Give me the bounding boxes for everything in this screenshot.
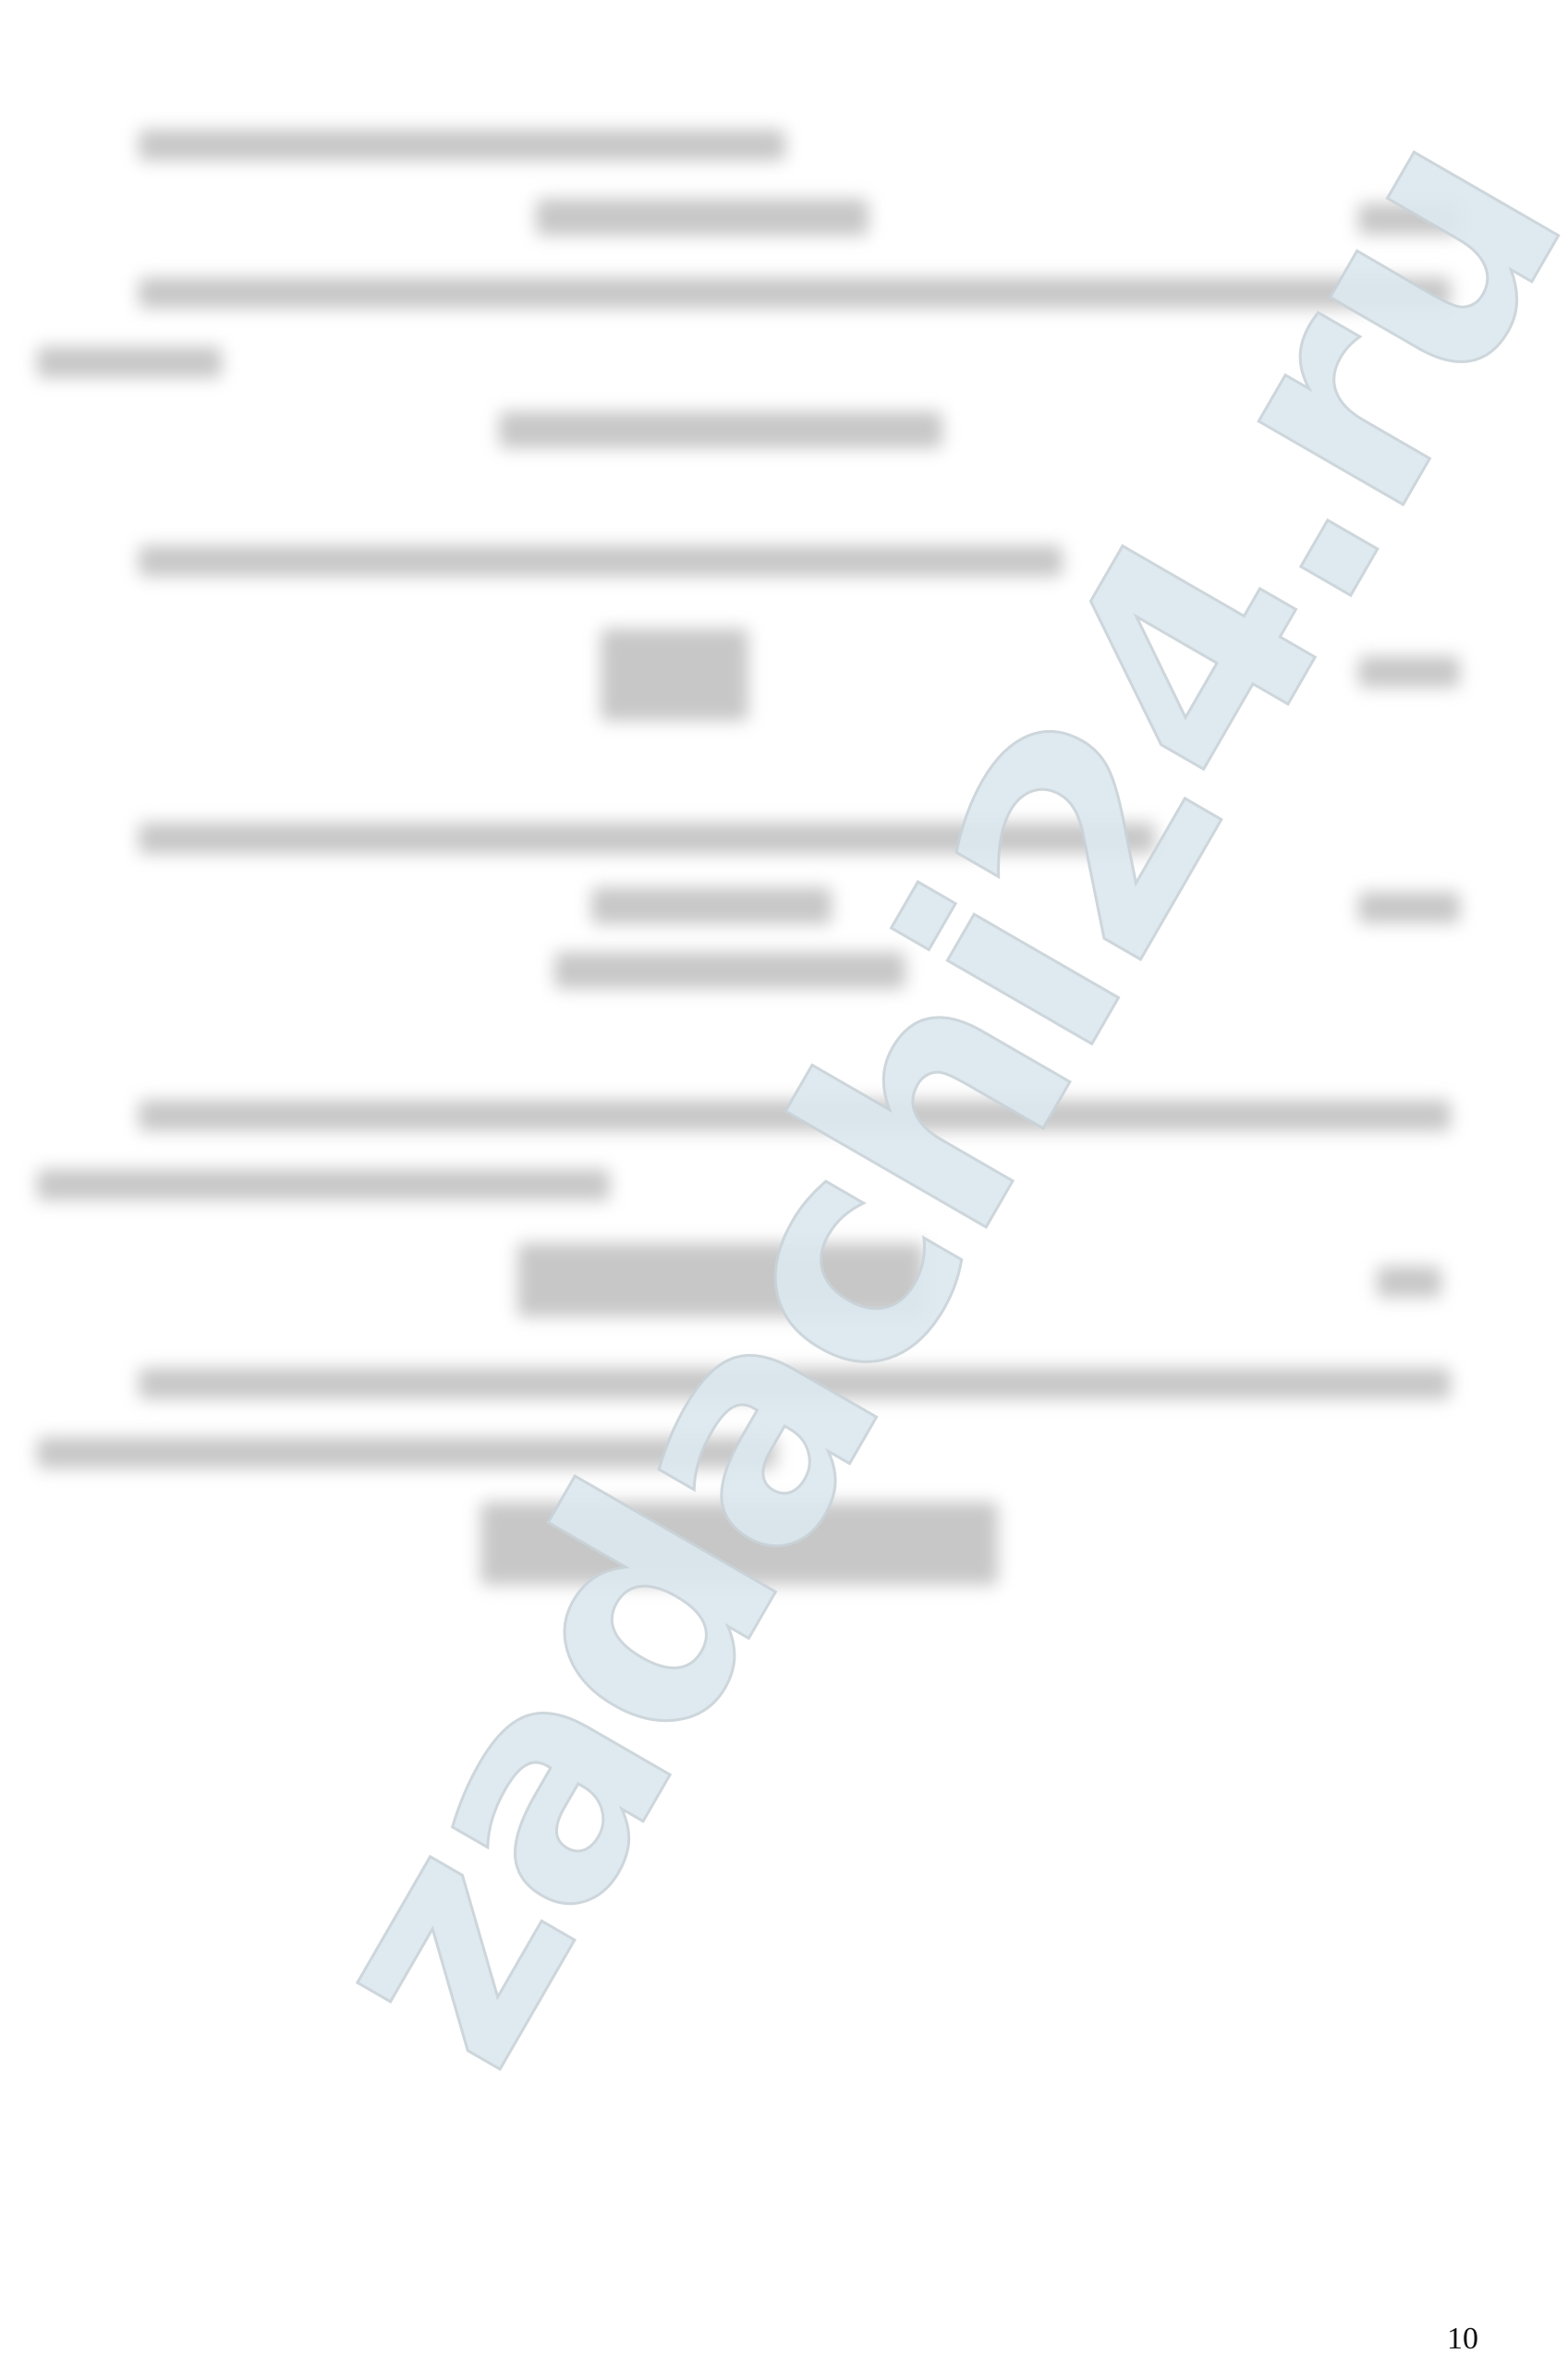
blurred-text-line: [37, 1437, 776, 1469]
blurred-text-line: [139, 129, 785, 161]
blurred-equation-number: [1377, 1266, 1441, 1298]
blurred-text-line: [139, 277, 1451, 309]
blurred-formula: [591, 887, 832, 924]
blurred-formula: [554, 952, 906, 989]
blurred-text-line: [37, 347, 222, 378]
blurred-formula: [601, 628, 748, 721]
page-number: 10: [1447, 2322, 1478, 2357]
blurred-text-line: [139, 1368, 1451, 1399]
blurred-equation-number: [1358, 203, 1460, 235]
blurred-equation-number: [1358, 656, 1460, 688]
blurred-equation-number: [1358, 892, 1460, 923]
blurred-text-line: [37, 1169, 610, 1201]
blurred-text-line: [139, 1100, 1451, 1131]
blurred-formula: [480, 1502, 998, 1585]
blurred-text-line: [139, 823, 1155, 854]
blurred-text-line: [139, 545, 1063, 577]
blurred-formula: [499, 411, 942, 448]
blurred-formula: [536, 199, 869, 236]
blurred-formula: [517, 1243, 924, 1317]
